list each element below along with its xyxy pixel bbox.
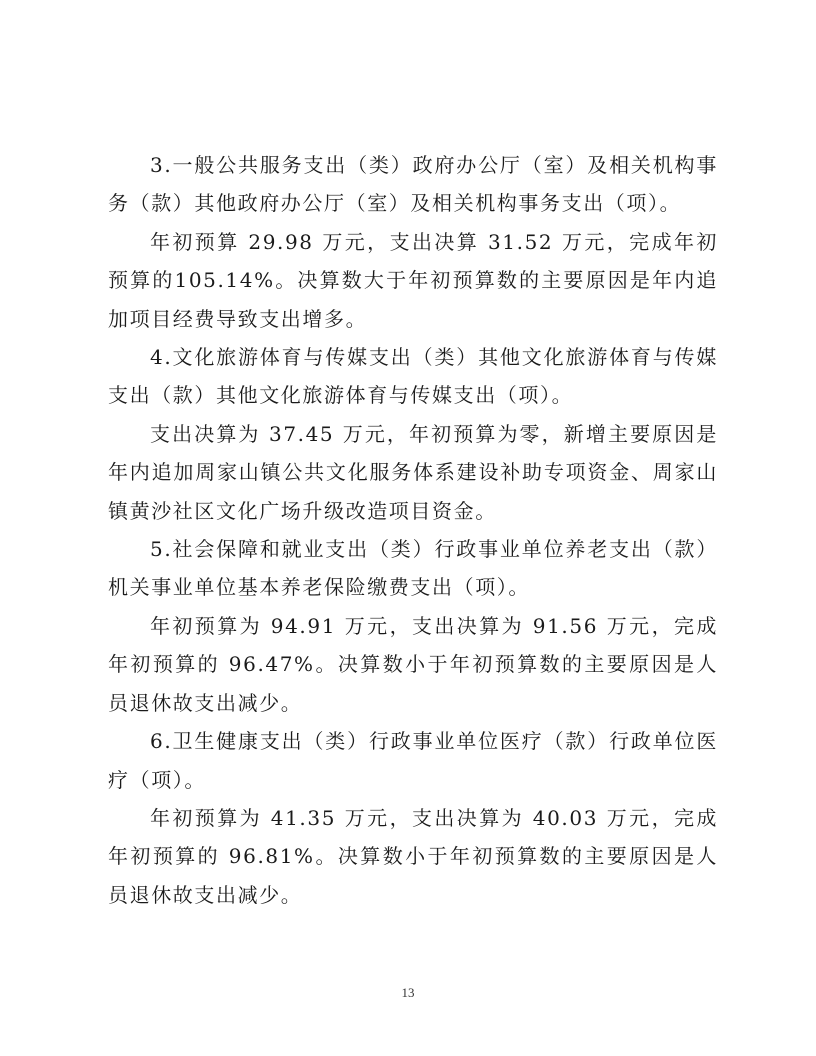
item-5-heading: 5.社会保障和就业支出（类）行政事业单位养老支出（款）机关事业单位基本养老保险缴… xyxy=(108,530,718,607)
item-6-heading: 6.卫生健康支出（类）行政事业单位医疗（款）行政单位医疗（项）。 xyxy=(108,722,718,799)
item-4-body: 支出决算为 37.45 万元，年初预算为零，新增主要原因是年内追加周家山镇公共文… xyxy=(108,415,718,530)
body-text: 3.一般公共服务支出（类）政府办公厅（室）及相关机构事务（款）其他政府办公厅（室… xyxy=(108,146,718,914)
item-3-body: 年初预算 29.98 万元，支出决算 31.52 万元，完成年初预算的105.1… xyxy=(108,223,718,338)
item-3-heading: 3.一般公共服务支出（类）政府办公厅（室）及相关机构事务（款）其他政府办公厅（室… xyxy=(108,146,718,223)
document-page: 3.一般公共服务支出（类）政府办公厅（室）及相关机构事务（款）其他政府办公厅（室… xyxy=(0,0,816,1056)
item-6-body: 年初预算为 41.35 万元，支出决算为 40.03 万元，完成年初预算的 96… xyxy=(108,799,718,914)
item-5-body: 年初预算为 94.91 万元，支出决算为 91.56 万元，完成年初预算的 96… xyxy=(108,607,718,722)
page-number: 13 xyxy=(0,985,816,1001)
item-4-heading: 4.文化旅游体育与传媒支出（类）其他文化旅游体育与传媒支出（款）其他文化旅游体育… xyxy=(108,338,718,415)
